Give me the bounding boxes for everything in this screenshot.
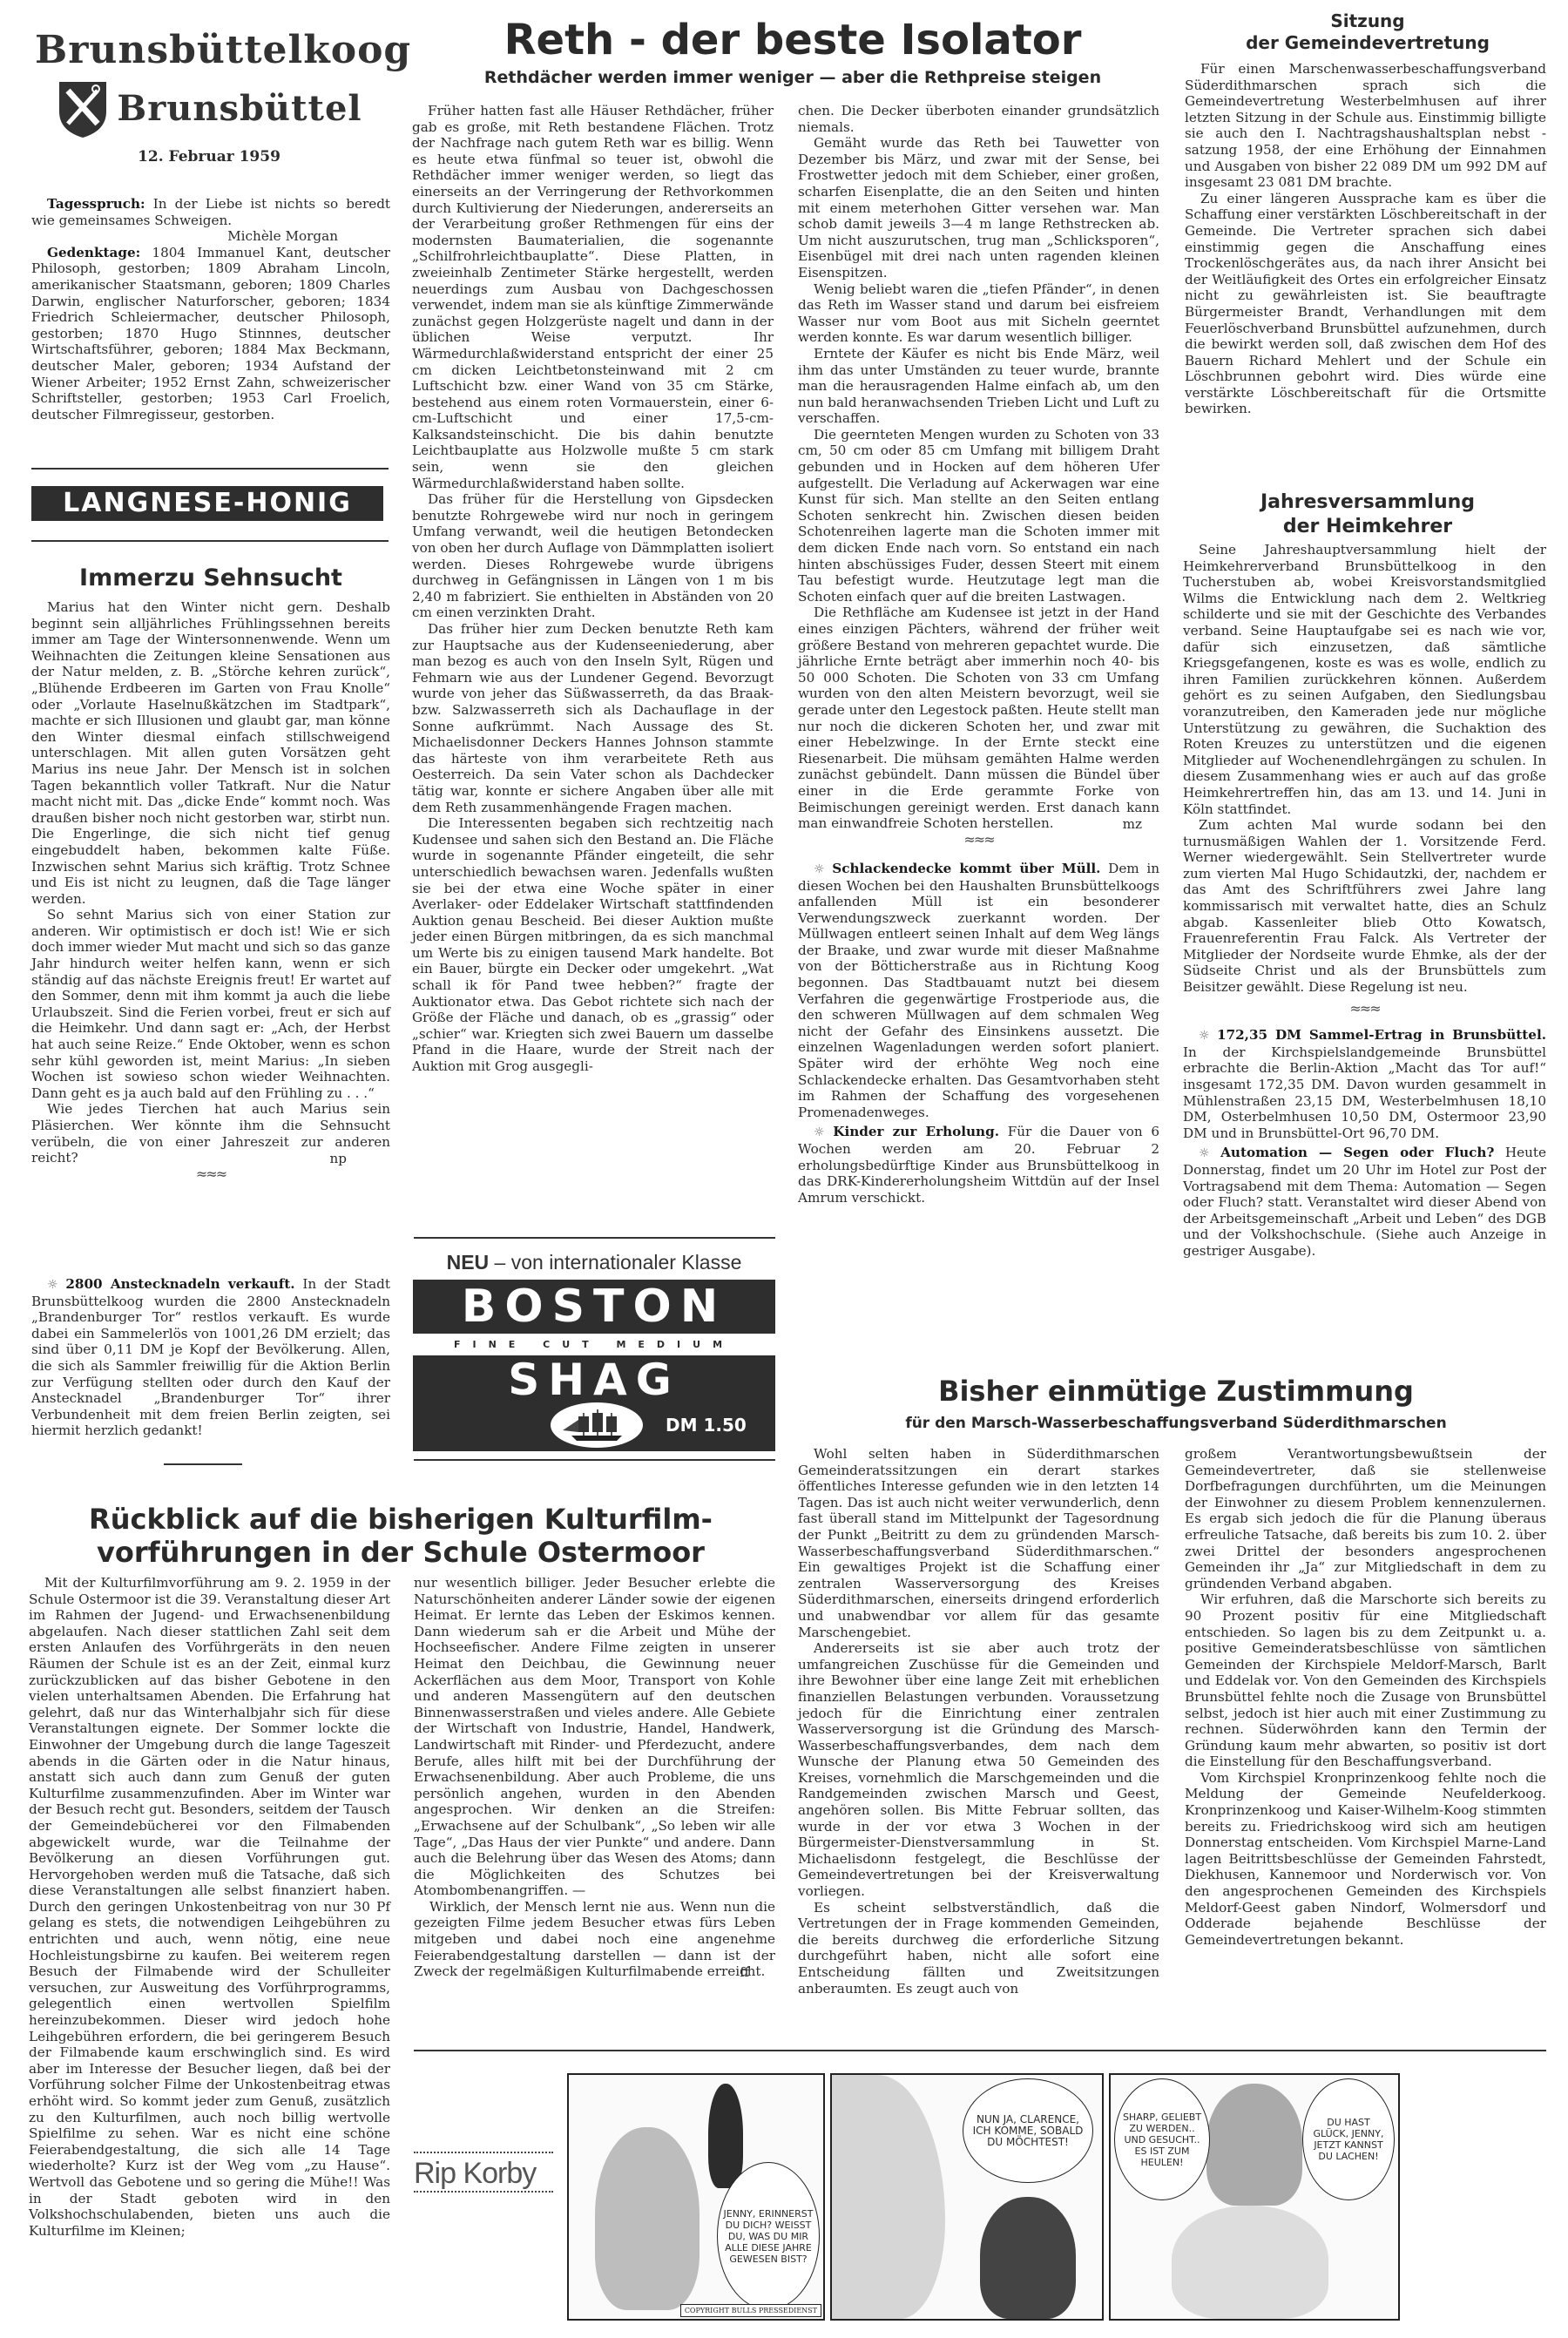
character-figure — [1172, 2206, 1328, 2319]
paragraph: Es scheint selbstverständlich, daß die V… — [798, 1900, 1159, 1997]
masthead-line1: Brunsbüttelkoog — [35, 26, 383, 75]
paragraph: Wenig beliebt waren die „tiefen Pfänder“… — [798, 281, 1159, 346]
paragraph: Mit der Kulturfilmvorführung am 9. 2. 19… — [29, 1575, 390, 2239]
comic-panel-2: NUN JA, CLARENCE, ICH KOMME, SOBALD DU M… — [830, 2073, 1104, 2321]
paragraph: Die Interessenten begaben sich rechtzeit… — [412, 815, 774, 1075]
ad-subline: FINE CUT MEDIUM — [413, 1339, 775, 1350]
article-title-reth: Reth - der beste Isolator — [409, 16, 1176, 64]
paragraph: So sehnt Marius sich von einer Station z… — [31, 907, 390, 1101]
issue-date: 12. Februar 1959 — [35, 148, 383, 166]
comic-panel-3: SHARP, GELIEBT ZU WERDEN.. UND GESUCHT..… — [1109, 2073, 1400, 2321]
coat-of-arms-icon — [56, 78, 110, 139]
comic-panel-1: JENNY, ERINNERST DU DICH? WEISST DU, WAS… — [567, 2073, 825, 2321]
article-text: Dem in diesen Wochen bei den Haushalten … — [798, 861, 1159, 1120]
tagesspruch-label: Tagesspruch: — [47, 196, 145, 212]
article-heimkehrer: Seine Jahreshauptversammlung hielt der H… — [1183, 542, 1546, 1260]
paragraph: Gemäht wurde das Reth bei Tauwetter von … — [798, 135, 1159, 280]
headline: Schlackendecke kommt über Müll. — [832, 861, 1100, 876]
title-line: Jahresversammlung — [1185, 490, 1551, 515]
speech-bubble: SHARP, GELIEBT ZU WERDEN.. UND GESUCHT..… — [1114, 2078, 1210, 2200]
tagesspruch-block: Tagesspruch: In der Liebe ist nichts so … — [31, 196, 390, 422]
article-subtitle-zustimmung: für den Marsch-Wasserbeschaffungsverband… — [793, 1415, 1559, 1432]
paragraph: Vom Kirchspiel Kronprinzenkoog fehlte no… — [1185, 1770, 1546, 1949]
article-rueckblick-col2: nur wesentlich billiger. Jeder Besucher … — [414, 1575, 775, 1980]
paragraph: Die geernteten Mengen wurden zu Schoten … — [798, 427, 1159, 605]
headline: Automation — Segen oder Fluch? — [1220, 1145, 1494, 1160]
headline: 172,35 DM Sammel-Ertrag in Brunsbüttel. — [1217, 1027, 1546, 1043]
title-line: der Heimkehrer — [1185, 515, 1551, 539]
article-title-rueckblick: Rückblick auf die bisherigen Kulturfilm-… — [26, 1503, 775, 1569]
article-reth-col1: Früher hatten fast alle Häuser Rethdäche… — [412, 103, 774, 1075]
masthead-line2: Brunsbüttel — [117, 87, 362, 131]
divider — [31, 540, 389, 542]
comic-copyright: COPYRIGHT BULLS PRESSEDIENST — [680, 2304, 821, 2317]
article-subtitle-reth: Rethdächer werden immer weniger — aber d… — [409, 68, 1176, 87]
star-icon: ☼ — [814, 1125, 825, 1139]
paragraph: Marius hat den Winter nicht gern. Deshal… — [31, 599, 390, 907]
speech-bubble: DU HAST GLÜCK, JENNY, JETZT KANNST DU LA… — [1302, 2078, 1395, 2200]
title-line: Sitzung — [1185, 10, 1551, 32]
ad-price-currency: DM — [666, 1415, 698, 1436]
character-figure — [595, 2127, 700, 2310]
star-icon: ☼ — [814, 862, 825, 876]
ad-product: SHAG — [413, 1355, 775, 1404]
sailing-ship-icon — [551, 1402, 643, 1448]
article-text: Heute Donnerstag, findet um 20 Uhr im Ho… — [1183, 1145, 1546, 1259]
headline: Kinder zur Erholung. — [833, 1124, 999, 1139]
ad-brand-box: BOSTON — [413, 1280, 775, 1334]
star-icon: ☼ — [1199, 1029, 1210, 1043]
ad-price: DM 1.50 — [666, 1415, 747, 1436]
separator-icon: ≈≈≈ — [31, 1166, 390, 1183]
paragraph: großem Verantwortungsbewußtsein der Geme… — [1185, 1446, 1546, 1591]
ad-boston-shag[interactable]: NEU – von internationaler Klasse BOSTON … — [413, 1244, 775, 1446]
paragraph: Die Rethfläche am Kudensee ist jetzt in … — [798, 605, 1159, 831]
paragraph: nur wesentlich billiger. Jeder Besucher … — [414, 1575, 775, 1899]
paragraph: Seine Jahreshauptversammlung hielt der H… — [1183, 542, 1546, 817]
divider — [414, 1237, 775, 1239]
separator-icon: ≈≈≈ — [798, 832, 1159, 848]
paragraph: Erntete der Käufer es nicht bis Ende Mär… — [798, 346, 1159, 427]
tagesspruch-author: Michèle Morgan — [31, 228, 390, 245]
masthead: Brunsbüttelkoog Brunsbüttel 12. Februar … — [35, 26, 383, 174]
divider — [31, 468, 389, 470]
paragraph: Wohl selten haben in Süderdithmarschen G… — [798, 1446, 1159, 1640]
title-line: Rückblick auf die bisherigen Kulturfilm- — [26, 1503, 775, 1536]
ad-brand: BOSTON — [462, 1280, 727, 1333]
ad-tagline-bold: NEU — [447, 1251, 490, 1274]
paragraph: chen. Die Decker überboten einander grun… — [798, 103, 1159, 135]
divider — [164, 1463, 242, 1465]
title-line: der Gemeindevertretung — [1185, 32, 1551, 54]
divider — [414, 1459, 775, 1461]
comic-title-block: Rip Korby — [414, 2152, 553, 2196]
article-sehnsucht: Marius hat den Winter nicht gern. Deshal… — [31, 599, 390, 1183]
article-anstecknadeln: ☼ 2800 Anstecknadeln verkauft. In der St… — [31, 1276, 390, 1439]
article-zustimmung-col2: großem Verantwortungsbewußtsein der Geme… — [1185, 1446, 1546, 1948]
divider — [414, 2050, 1546, 2051]
article-rueckblick-col1: Mit der Kulturfilmvorführung am 9. 2. 19… — [29, 1575, 390, 2239]
character-figure — [1206, 2084, 1302, 2206]
article-text: In der Stadt Brunsbüttelkoog wurden die … — [31, 1276, 390, 1438]
article-zustimmung-col1: Wohl selten haben in Süderdithmarschen G… — [798, 1446, 1159, 1997]
paragraph: Das früher hier zum Decken benutzte Reth… — [412, 621, 774, 815]
star-icon: ☼ — [47, 1278, 58, 1292]
article-reth-col2: chen. Die Decker überboten einander grun… — [798, 103, 1159, 1206]
character-figure — [708, 2084, 743, 2188]
article-title-heimkehrer: Jahresversammlung der Heimkehrer — [1185, 490, 1551, 539]
paragraph: Für einen Marschenwasserbeschaffungsverb… — [1185, 61, 1546, 191]
article-title-sitzung: Sitzung der Gemeindevertretung — [1185, 10, 1551, 54]
comic-title: Rip Korby — [414, 2157, 553, 2191]
ad-tagline: – von internationaler Klasse — [495, 1251, 742, 1274]
character-figure — [980, 2197, 1076, 2319]
article-sitzung: Für einen Marschenwasserbeschaffungsverb… — [1185, 61, 1546, 417]
paragraph: Zu einer längeren Aussprache kam es über… — [1185, 191, 1546, 417]
comic-strip: Rip Korby JENNY, ERINNERST DU DICH? WEIS… — [414, 2064, 1546, 2326]
article-title-sehnsucht: Immerzu Sehnsucht — [31, 564, 390, 591]
paragraph: Wir erfuhren, daß die Marschorte sich be… — [1185, 1591, 1546, 1770]
signature: np — [31, 1151, 390, 1167]
star-icon: ☼ — [1199, 1146, 1210, 1160]
ad-langnese-text: LANGNESE-HONIG — [63, 488, 352, 518]
ad-product-box: SHAG DM 1.50 — [413, 1355, 775, 1451]
speech-bubble: JENNY, ERINNERST DU DICH? WEISST DU, WAS… — [717, 2162, 820, 2310]
title-line: vorführungen in der Schule Ostermoor — [26, 1536, 775, 1569]
gedenktage-text: 1804 Immanuel Kant, deutscher Philosoph,… — [31, 245, 390, 422]
paragraph: Das früher für die Herstellung von Gipsd… — [412, 491, 774, 621]
speech-bubble: NUN JA, CLARENCE, ICH KOMME, SOBALD DU M… — [963, 2078, 1093, 2183]
paragraph: Andererseits ist sie aber auch trotz der… — [798, 1640, 1159, 1900]
headline: 2800 Anstecknadeln verkauft. — [65, 1276, 294, 1292]
paragraph: Wirklich, der Mensch lernt nie aus. Wenn… — [414, 1899, 775, 1980]
article-text: In der Kirchspielslandgemeinde Brunsbütt… — [1183, 1044, 1546, 1141]
article-title-zustimmung: Bisher einmütige Zustimmung — [793, 1375, 1559, 1408]
ad-price-value: 1.50 — [703, 1415, 746, 1436]
separator-icon: ≈≈≈ — [1183, 1001, 1546, 1017]
paragraph: Zum achten Mal wurde sodann bei den turn… — [1183, 817, 1546, 996]
ad-langnese-honig[interactable]: LANGNESE-HONIG — [31, 486, 383, 521]
paragraph: Früher hatten fast alle Häuser Rethdäche… — [412, 103, 774, 491]
character-figure — [832, 2075, 945, 2319]
gedenktage-label: Gedenktage: — [47, 245, 140, 260]
